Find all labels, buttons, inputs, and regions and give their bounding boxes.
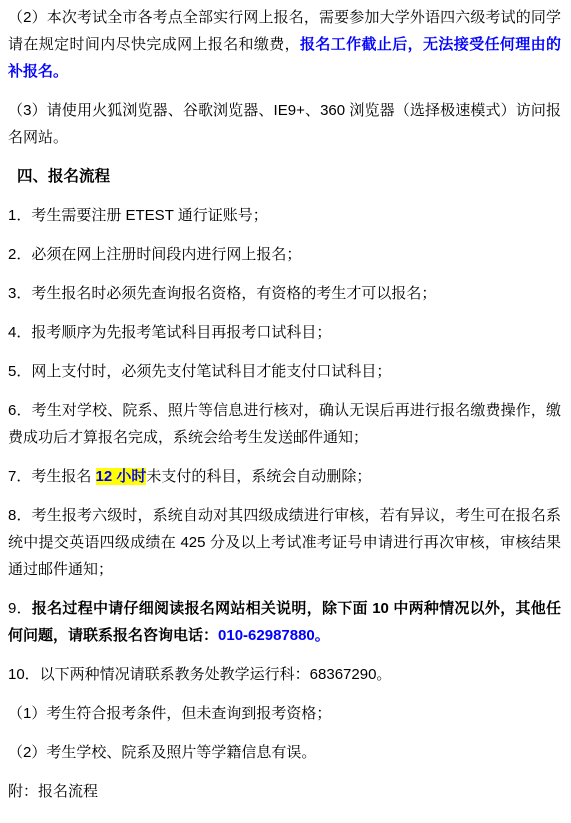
attachment-note-text-0: 附：报名流程 <box>8 783 98 800</box>
list-item-5: 5．网上支付时，必须先支付笔试科目才能支付口试科目； <box>8 358 561 385</box>
list-item-8-text-0: 8．考生报考六级时，系统自动对其四级成绩进行审核，若有异议，考生可在报名系统中提… <box>8 507 561 578</box>
list-item-7-text-2: 未支付的科目，系统会自动删除； <box>146 468 371 485</box>
list-item-5-text-0: 5．网上支付时，必须先支付笔试科目才能支付口试科目； <box>8 363 391 380</box>
list-item-1: 1．考生需要注册 ETEST 通行证账号； <box>8 202 561 229</box>
document-body: （2）本次考试全市各考点全部实行网上报名，需要参加大学外语四六级考试的同学请在规… <box>8 4 561 805</box>
sub-item-1: （1）考生符合报考条件，但未查询到报考资格； <box>8 700 561 727</box>
sub-item-2: （2）考生学校、院系及照片等学籍信息有误。 <box>8 739 561 766</box>
document-page: （2）本次考试全市各考点全部实行网上报名，需要参加大学外语四六级考试的同学请在规… <box>0 0 571 823</box>
list-item-7-text-1: 12 小时 <box>96 468 147 485</box>
para-note-3: （3）请使用火狐浏览器、谷歌浏览器、IE9+、360 浏览器（选择极速模式）访问… <box>8 97 561 151</box>
list-item-10: 10．以下两种情况请联系教务处教学运行科：68367290。 <box>8 661 561 688</box>
list-item-4: 4．报考顺序为先报考笔试科目再报考口试科目； <box>8 319 561 346</box>
list-item-8: 8．考生报考六级时，系统自动对其四级成绩进行审核，若有异议，考生可在报名系统中提… <box>8 502 561 583</box>
section-heading-registration-process: 四、报名流程 <box>8 163 561 190</box>
list-item-2-text-0: 2．必须在网上注册时间段内进行网上报名； <box>8 246 301 263</box>
list-item-1-text-0: 1．考生需要注册 ETEST 通行证账号； <box>8 207 268 224</box>
list-item-3-text-0: 3．考生报名时必须先查询报名资格，有资格的考生才可以报名； <box>8 285 436 302</box>
list-item-6-text-0: 6．考生对学校、院系、照片等信息进行核对，确认无误后再进行报名缴费操作，缴费成功… <box>8 402 561 446</box>
list-item-4-text-0: 4．报考顺序为先报考笔试科目再报考口试科目； <box>8 324 331 341</box>
list-item-10-text-0: 10．以下两种情况请联系教务处教学运行科：68367290。 <box>8 666 391 683</box>
list-item-9-text-0: 9． <box>8 600 32 617</box>
list-item-7: 7．考生报名 12 小时未支付的科目，系统会自动删除； <box>8 463 561 490</box>
section-heading-registration-process-text-0: 四、报名流程 <box>17 168 110 185</box>
list-item-2: 2．必须在网上注册时间段内进行网上报名； <box>8 241 561 268</box>
list-item-9: 9．报名过程中请仔细阅读报名网站相关说明，除下面 10 中两种情况以外，其他任何… <box>8 595 561 649</box>
list-item-7-text-0: 7．考生报名 <box>8 468 96 485</box>
list-item-3: 3．考生报名时必须先查询报名资格，有资格的考生才可以报名； <box>8 280 561 307</box>
sub-item-2-text-0: （2）考生学校、院系及照片等学籍信息有误。 <box>8 744 316 761</box>
list-item-9-text-2: 010-62987880。 <box>218 627 330 644</box>
para-note-3-text-0: （3）请使用火狐浏览器、谷歌浏览器、IE9+、360 浏览器（选择极速模式）访问… <box>8 102 561 146</box>
attachment-note: 附：报名流程 <box>8 778 561 805</box>
list-item-6: 6．考生对学校、院系、照片等信息进行核对，确认无误后再进行报名缴费操作，缴费成功… <box>8 397 561 451</box>
para-note-2: （2）本次考试全市各考点全部实行网上报名，需要参加大学外语四六级考试的同学请在规… <box>8 4 561 85</box>
sub-item-1-text-0: （1）考生符合报考条件，但未查询到报考资格； <box>8 705 331 722</box>
